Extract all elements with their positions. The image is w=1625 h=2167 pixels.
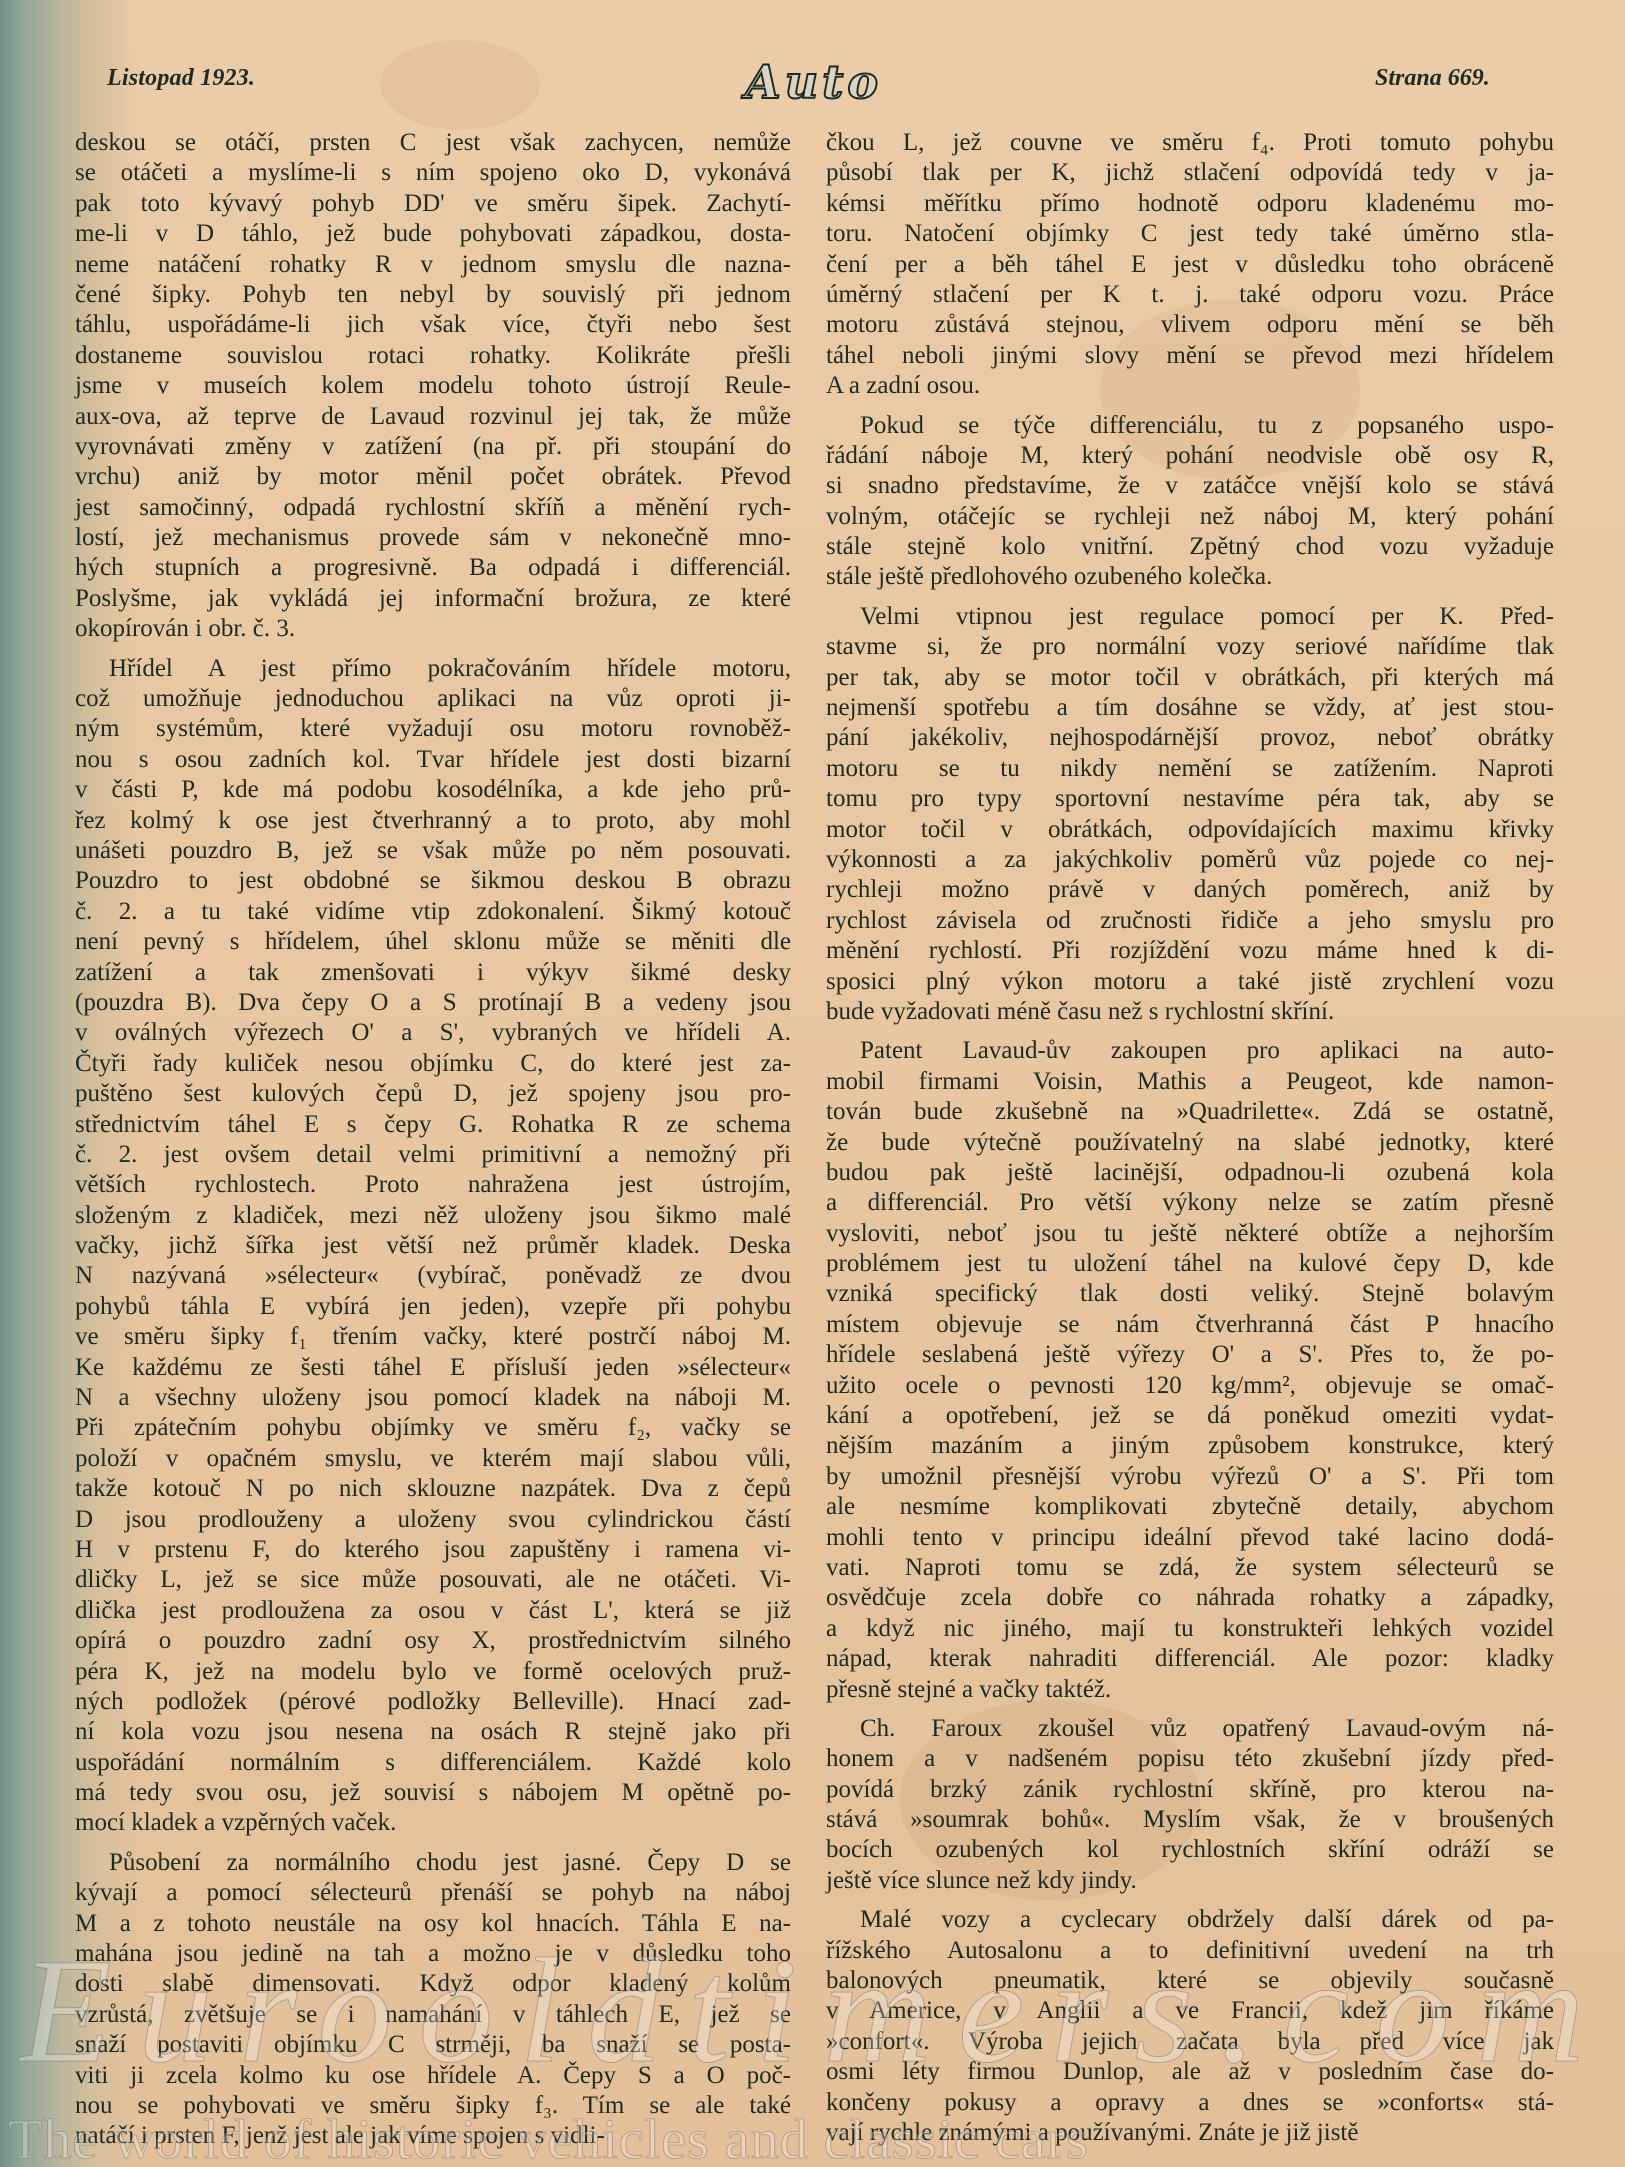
text-line: vati. Naproti tomu se zdá, že system sél… bbox=[826, 1553, 1554, 1583]
text-line: složeným z kladiček, mezi něž uloženy js… bbox=[75, 1201, 791, 1231]
text-line: unášeti pouzdro B, jež se však může po n… bbox=[75, 836, 791, 866]
text-line: sposici plný výkon motoru a také jistě z… bbox=[826, 967, 1554, 997]
text-line: (pouzdra B). Dva čepy O a S protínají B … bbox=[75, 988, 791, 1018]
text-line: jest samočinný, odpadá rychlostní skříň … bbox=[75, 493, 791, 523]
text-line: řádání náboje M, který pohání neodvisle … bbox=[826, 441, 1554, 471]
text-line: péra K, jež na modelu bylo ve formě ocel… bbox=[75, 1657, 791, 1687]
text-line: stavme si, že pro normální vozy seriové … bbox=[826, 632, 1554, 662]
text-line: místem objevuje se nám čtverhranná část … bbox=[826, 1310, 1554, 1340]
text-line: hých stupních a progresivně. Ba odpadá i… bbox=[75, 553, 791, 583]
paragraph: Ch. Faroux zkoušel vůz opatřený Lavaud-o… bbox=[826, 1714, 1554, 1896]
text-line: tomu pro typy sportovní nestavíme péra t… bbox=[826, 784, 1554, 814]
text-line: uspořádání normálním s differenciálem. K… bbox=[75, 1748, 791, 1778]
paragraph: Pokud se týče differenciálu, tu z popsan… bbox=[826, 411, 1554, 593]
text-line: Působení za normálního chodu jest jasné.… bbox=[75, 1848, 791, 1878]
text-line: toru. Natočení objímky C jest tedy také … bbox=[826, 219, 1554, 249]
paragraph: Působení za normálního chodu jest jasné.… bbox=[75, 1848, 791, 2152]
text-line: Poslyšme, jak vykládá jej informační bro… bbox=[75, 584, 791, 614]
text-line: v oválných výřezech O' a S', vybraných v… bbox=[75, 1018, 791, 1048]
paragraph-gap bbox=[75, 645, 791, 654]
text-line: ným systémům, které vyžadují osu motoru … bbox=[75, 714, 791, 744]
page-header: Listopad 1923. Auto Strana 669. bbox=[0, 55, 1625, 125]
paragraph: Hřídel A jest přímo pokračováním hřídele… bbox=[75, 654, 791, 1839]
text-line: ve směru šipky f₁ třením vačky, které po… bbox=[75, 1322, 791, 1352]
text-line: má tedy svou osu, jež souvisí s nábojem … bbox=[75, 1778, 791, 1808]
text-line: mocí kladek a vzpěrných vaček. bbox=[75, 1808, 791, 1838]
text-line: mohli tento v principu ideální převod ta… bbox=[826, 1523, 1554, 1553]
text-line: mobil firmami Voisin, Mathis a Peugeot, … bbox=[826, 1067, 1554, 1097]
text-line: vyrovnávati změny v zatížení (na př. při… bbox=[75, 432, 791, 462]
text-line: balonových pneumatik, které se objevily … bbox=[826, 1966, 1554, 1996]
text-line: N nazývaná »sélecteur« (vybírač, poněvad… bbox=[75, 1261, 791, 1291]
text-line: rychlost závisela od zručnosti řidiče a … bbox=[826, 906, 1554, 936]
text-line: ale nesmíme komplikovati zbytečně detail… bbox=[826, 1492, 1554, 1522]
paragraph: deskou se otáčí, prsten C jest však zach… bbox=[75, 128, 791, 645]
text-line: nejmenší spotřebu a tím dosáhne se vždy,… bbox=[826, 693, 1554, 723]
text-line: zatížení a tak zmenšovati i výkyv šikmé … bbox=[75, 958, 791, 988]
text-line: výkonnosti a za jakýchkoliv poměrů vůz p… bbox=[826, 845, 1554, 875]
text-line: mahána jsou jedině na tah a možno je v d… bbox=[75, 1939, 791, 1969]
issue-date: Listopad 1923. bbox=[107, 65, 255, 92]
text-line: dlička jest prodloužena za osou v část L… bbox=[75, 1596, 791, 1626]
paragraph: Velmi vtipnou jest regulace pomocí per K… bbox=[826, 602, 1554, 1027]
text-line: stává »soumrak bohů«. Myslím však, že v … bbox=[826, 1805, 1554, 1835]
text-line: působí tlak per K, jichž stlačení odpoví… bbox=[826, 158, 1554, 188]
text-line: což umožňuje jednoduchou aplikaci na vůz… bbox=[75, 684, 791, 714]
text-line: táhel neboli jinými slovy mění se převod… bbox=[826, 341, 1554, 371]
scanned-page: Listopad 1923. Auto Strana 669. deskou s… bbox=[0, 0, 1625, 2167]
text-line: není pevný s hřídelem, úhel sklonu může … bbox=[75, 927, 791, 957]
text-line: úměrný stlačení per K t. j. také odporu … bbox=[826, 280, 1554, 310]
text-line: budou pak ještě lacinější, odpadnou-li o… bbox=[826, 1158, 1554, 1188]
paragraph-gap bbox=[75, 1839, 791, 1848]
text-line: problémem jest tu uložení táhel na kulov… bbox=[826, 1249, 1554, 1279]
text-line: Čtyři řady kuliček nesou objímku C, do k… bbox=[75, 1049, 791, 1079]
text-line: vzrůstá, zvětšuje se i namahání v táhlec… bbox=[75, 2000, 791, 2030]
text-line: D jsou prodlouženy a uloženy svou cylind… bbox=[75, 1505, 791, 1535]
text-line: střednictvím táhel E s čepy G. Rohatka R… bbox=[75, 1110, 791, 1140]
text-line: vačky, jichž šířka jest větší než průměr… bbox=[75, 1231, 791, 1261]
text-line: aux-ova, až teprve de Lavaud rozvinul je… bbox=[75, 402, 791, 432]
text-line: že bude výtečně používatelný na slabé je… bbox=[826, 1128, 1554, 1158]
text-line: v Americe, v Anglii a ve Francii, kdež j… bbox=[826, 1996, 1554, 2026]
text-line: dosti slabě dimensovati. Když odpor klad… bbox=[75, 1969, 791, 1999]
text-line: vzniká specifický tlak dosti veliký. Ste… bbox=[826, 1279, 1554, 1309]
text-line: rychleji možno právě v daných poměrech, … bbox=[826, 875, 1554, 905]
text-line: si snadno představíme, že v zatáčce vněj… bbox=[826, 471, 1554, 501]
text-line: natáčí i prsten F, jenž jest ale jak vím… bbox=[75, 2121, 791, 2151]
text-line: Velmi vtipnou jest regulace pomocí per K… bbox=[826, 602, 1554, 632]
paragraph: Patent Lavaud-ův zakoupen pro aplikaci n… bbox=[826, 1036, 1554, 1705]
text-line: volným, otáčejíc se rychleji než náboj M… bbox=[826, 502, 1554, 532]
text-line: jsme v museích kolem modelu tohoto ústro… bbox=[75, 371, 791, 401]
text-line: ní kola vozu jsou nesena na osách R stej… bbox=[75, 1717, 791, 1747]
magazine-logo: Auto bbox=[745, 55, 882, 109]
text-line: vrchu) aniž by motor měnil počet obrátek… bbox=[75, 462, 791, 492]
text-line: hřídele seslabená ještě výřezy O' a S'. … bbox=[826, 1340, 1554, 1370]
text-line: řez kolmý k ose jest čtverhranný a to pr… bbox=[75, 806, 791, 836]
text-line: čení per a běh táhel E jest v důsledku t… bbox=[826, 250, 1554, 280]
text-line: H v prstenu F, do kterého jsou zapuštěny… bbox=[75, 1535, 791, 1565]
page-number: Strana 669. bbox=[1375, 65, 1490, 92]
text-line: táhlu, uspořádáme-li jich však více, čty… bbox=[75, 310, 791, 340]
text-line: nou se pohybovati ve směru šipky f₃. Tím… bbox=[75, 2091, 791, 2121]
text-line: »confort«. Výroba jejich začata byla pře… bbox=[826, 2027, 1554, 2057]
text-line: motoru zůstává stejnou, vlivem odporu mě… bbox=[826, 310, 1554, 340]
text-line: lostí, jež mechanismus provede sám v nek… bbox=[75, 523, 791, 553]
text-line: deskou se otáčí, prsten C jest však zach… bbox=[75, 128, 791, 158]
text-line: nápad, kterak nahraditi differenciál. Al… bbox=[826, 1644, 1554, 1674]
text-line: nou s osou zadních kol. Tvar hřídele jes… bbox=[75, 745, 791, 775]
text-line: Malé vozy a cyclecary obdržely další dár… bbox=[826, 1905, 1554, 1935]
text-line: neme natáčení rohatky R v jednom smyslu … bbox=[75, 250, 791, 280]
text-line: opírá o pouzdro zadní osy X, prostřednic… bbox=[75, 1626, 791, 1656]
text-line: povídá brzký zánik rychlostní skříně, pr… bbox=[826, 1775, 1554, 1805]
text-line: A a zadní osou. bbox=[826, 371, 1554, 401]
text-line: bude vyžadovati méně času než s rychlost… bbox=[826, 997, 1554, 1027]
text-line: osvědčuje zcela dobře co náhrada rohatky… bbox=[826, 1583, 1554, 1613]
text-line: pak toto kývavý pohyb DD' ve směru šipek… bbox=[75, 189, 791, 219]
text-line: Ch. Faroux zkoušel vůz opatřený Lavaud-o… bbox=[826, 1714, 1554, 1744]
text-line: větších rychlostech. Proto nahražena jes… bbox=[75, 1170, 791, 1200]
text-line: stále ještě předlohového ozubeného koleč… bbox=[826, 562, 1554, 592]
text-line: přesně stejné a vačky taktéž. bbox=[826, 1675, 1554, 1705]
text-line: nějším mazáním a jiným způsobem konstruk… bbox=[826, 1431, 1554, 1461]
text-line: dostaneme souvislou rotaci rohatky. Koli… bbox=[75, 341, 791, 371]
text-line: čkou L, jež couvne ve směru f₄. Proti to… bbox=[826, 128, 1554, 158]
text-line: užito ocele o pevnosti 120 kg/mm², objev… bbox=[826, 1371, 1554, 1401]
text-line: čené šipky. Pohyb ten nebyl by souvislý … bbox=[75, 280, 791, 310]
text-line: M a z tohoto neustále na osy kol hnacích… bbox=[75, 1909, 791, 1939]
text-line: měnění rychlostí. Při rozjíždění vozu má… bbox=[826, 936, 1554, 966]
text-line: Pouzdro to jest obdobné se šikmou deskou… bbox=[75, 866, 791, 896]
text-line: by umožnil přesnější výrobu výřezů O' a … bbox=[826, 1462, 1554, 1492]
paragraph-gap bbox=[826, 593, 1554, 602]
paragraph: čkou L, jež couvne ve směru f₄. Proti to… bbox=[826, 128, 1554, 402]
text-line: per tak, aby se motor točil v obrátkách,… bbox=[826, 663, 1554, 693]
text-line: vají rychle známými a používanými. Znáte… bbox=[826, 2118, 1554, 2148]
text-line: a když nic jiného, mají tu konstrukteři … bbox=[826, 1614, 1554, 1644]
paragraph-gap bbox=[826, 1705, 1554, 1714]
text-line: dličky L, jež se sice může posouvati, al… bbox=[75, 1565, 791, 1595]
text-line: Ke každému ze šesti táhel E přísluší jed… bbox=[75, 1353, 791, 1383]
text-line: tován bude zkušebně na »Quadrilette«. Zd… bbox=[826, 1097, 1554, 1127]
text-line: me-li v D táhlo, jež bude pohybovati záp… bbox=[75, 219, 791, 249]
text-line: č. 2. a tu také vidíme vtip zdokonalení.… bbox=[75, 897, 791, 927]
text-line: N a všechny uloženy jsou pomocí kladek n… bbox=[75, 1383, 791, 1413]
text-line: stále stejně kolo vnitřní. Zpětný chod v… bbox=[826, 532, 1554, 562]
paragraph-gap bbox=[826, 1027, 1554, 1036]
text-line: Hřídel A jest přímo pokračováním hřídele… bbox=[75, 654, 791, 684]
text-line: honem a v nadšeném popisu této zkušební … bbox=[826, 1744, 1554, 1774]
text-line: viti ji zcela kolmo ku ose hřídele A. Če… bbox=[75, 2061, 791, 2091]
paragraph-gap bbox=[826, 1896, 1554, 1905]
text-line: osmi léty firmou Dunlop, ale až v posled… bbox=[826, 2057, 1554, 2087]
text-line: Pokud se týče differenciálu, tu z popsan… bbox=[826, 411, 1554, 441]
text-line: bocích ozubených kol rychlostních skříní… bbox=[826, 1835, 1554, 1865]
text-line: končeny pokusy a opravy a dnes se »confo… bbox=[826, 2088, 1554, 2118]
text-line: motoru se tu nikdy nemění se zatížením. … bbox=[826, 754, 1554, 784]
text-line: položí v opačném smyslu, ve kterém mají … bbox=[75, 1444, 791, 1474]
paragraph: Malé vozy a cyclecary obdržely další dár… bbox=[826, 1905, 1554, 2148]
text-line: Patent Lavaud-ův zakoupen pro aplikaci n… bbox=[826, 1036, 1554, 1066]
text-line: okopírován i obr. č. 3. bbox=[75, 614, 791, 644]
text-line: pání jakékoliv, nejhospodárnější provoz,… bbox=[826, 723, 1554, 753]
text-line: pohybů táhla E vybírá jen jeden), vzepře… bbox=[75, 1292, 791, 1322]
text-line: a differenciál. Pro větší výkony nelze s… bbox=[826, 1188, 1554, 1218]
text-line: se otáčeti a myslíme-li s ním spojeno ok… bbox=[75, 158, 791, 188]
text-line: řížského Autosalonu a to definitivní uve… bbox=[826, 1936, 1554, 1966]
text-line: kání a opotřebení, jež se dá poněkud ome… bbox=[826, 1401, 1554, 1431]
text-line: kývají a pomocí sélecteurů přenáší se po… bbox=[75, 1878, 791, 1908]
text-line: č. 2. jest ovšem detail velmi primitivní… bbox=[75, 1140, 791, 1170]
text-line: motor točil v obrátkách, odpovídajících … bbox=[826, 815, 1554, 845]
text-line: kémsi měřítku přímo hodnotě odporu klade… bbox=[826, 189, 1554, 219]
text-line: takže kotouč N po nich sklouzne nazpátek… bbox=[75, 1474, 791, 1504]
text-line: ných podložek (pérové podložky Bellevill… bbox=[75, 1687, 791, 1717]
text-line: snaží postaviti objímku C strměji, ba sn… bbox=[75, 2030, 791, 2060]
text-line: v části P, kde má podobu kosodélníka, a … bbox=[75, 775, 791, 805]
text-line: Při zpátečním pohybu objímky ve směru f₂… bbox=[75, 1413, 791, 1443]
text-line: puštěno šest kulových čepů D, jež spojen… bbox=[75, 1079, 791, 1109]
text-column-right: čkou L, jež couvne ve směru f₄. Proti to… bbox=[826, 128, 1554, 2148]
paragraph-gap bbox=[826, 402, 1554, 411]
text-line: vysloviti, neboť jsou tu ještě některé o… bbox=[826, 1219, 1554, 1249]
text-line: ještě více slunce než kdy jindy. bbox=[826, 1866, 1554, 1896]
text-column-left: deskou se otáčí, prsten C jest však zach… bbox=[75, 128, 791, 2152]
